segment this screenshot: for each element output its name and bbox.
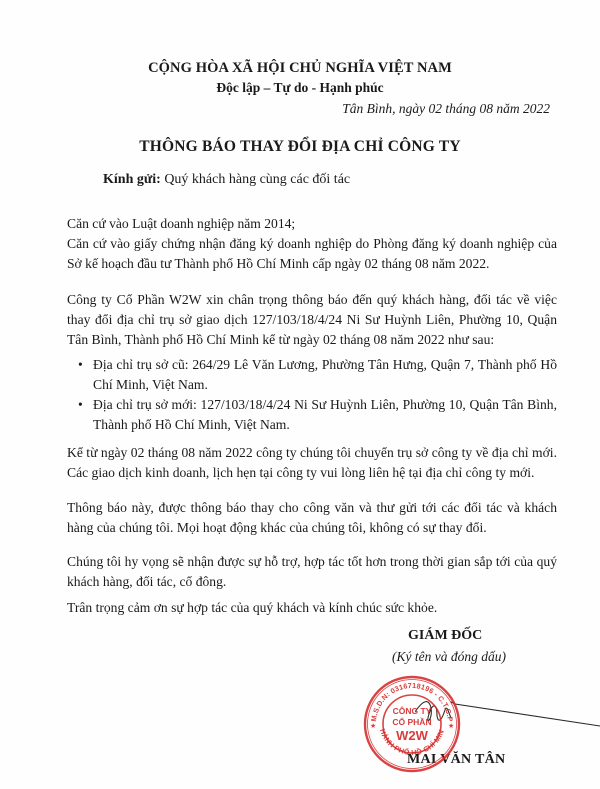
- closing-paragraph: Trân trọng cảm ơn sự hợp tác của quý khá…: [67, 598, 557, 618]
- national-title: CỘNG HÒA XÃ HỘI CHỦ NGHĨA VIỆT NAM: [0, 60, 600, 77]
- salutation: Kính gửi: Quý khách hàng cùng các đối tá…: [103, 172, 350, 188]
- replacement-paragraph: Thông báo này, được thông báo thay cho c…: [67, 498, 557, 538]
- legal-basis-1: Căn cứ vào Luật doanh nghiệp năm 2014;: [67, 214, 557, 234]
- legal-basis: Căn cứ vào Luật doanh nghiệp năm 2014; C…: [67, 214, 557, 274]
- announcement-paragraph: Công ty Cổ Phần W2W xin chân trọng thông…: [67, 290, 557, 350]
- national-motto: Độc lập – Tự do - Hạnh phúc: [0, 80, 600, 96]
- svg-text:★: ★: [448, 722, 454, 730]
- svg-text:CỔ PHẦN: CỔ PHẦN: [392, 716, 431, 727]
- place-date: Tân Bình, ngày 02 tháng 08 năm 2022: [342, 101, 550, 117]
- svg-text:CÔNG TY: CÔNG TY: [393, 705, 432, 716]
- legal-basis-2: Căn cứ vào giấy chứng nhận đăng ký doanh…: [67, 234, 557, 274]
- address-text: Địa chỉ trụ sở mới: 127/103/18/4/24 Ni S…: [93, 397, 557, 432]
- salutation-recipients: Quý khách hàng cùng các đối tác: [161, 172, 350, 187]
- hope-paragraph: Chúng tôi hy vọng sẽ nhận được sự hỗ trợ…: [67, 552, 557, 592]
- address-text: Địa chỉ trụ sở cũ: 264/29 Lê Văn Lương, …: [93, 357, 557, 392]
- document-title: THÔNG BÁO THAY ĐỔI ĐỊA CHỈ CÔNG TY: [0, 138, 600, 156]
- address-item-new: • Địa chỉ trụ sở mới: 127/103/18/4/24 Ni…: [67, 395, 557, 435]
- signer-position: GIÁM ĐỐC: [408, 628, 482, 644]
- address-list: • Địa chỉ trụ sở cũ: 264/29 Lê Văn Lương…: [67, 355, 557, 435]
- document-page: CỘNG HÒA XÃ HỘI CHỦ NGHĨA VIỆT NAM Độc l…: [0, 0, 600, 789]
- signature-note: (Ký tên và đóng dấu): [392, 649, 506, 665]
- address-item-old: • Địa chỉ trụ sở cũ: 264/29 Lê Văn Lương…: [67, 355, 557, 395]
- bullet-icon: •: [78, 395, 83, 415]
- effective-paragraph: Kể từ ngày 02 tháng 08 năm 2022 công ty …: [67, 443, 557, 483]
- salutation-label: Kính gửi:: [103, 172, 161, 187]
- svg-text:W2W: W2W: [396, 728, 429, 743]
- svg-text:★: ★: [370, 722, 376, 730]
- company-stamp-icon: M.S.D.N: 0316718196 - C.T.C.P THÀNH PHỐ …: [362, 674, 462, 774]
- bullet-icon: •: [78, 355, 83, 375]
